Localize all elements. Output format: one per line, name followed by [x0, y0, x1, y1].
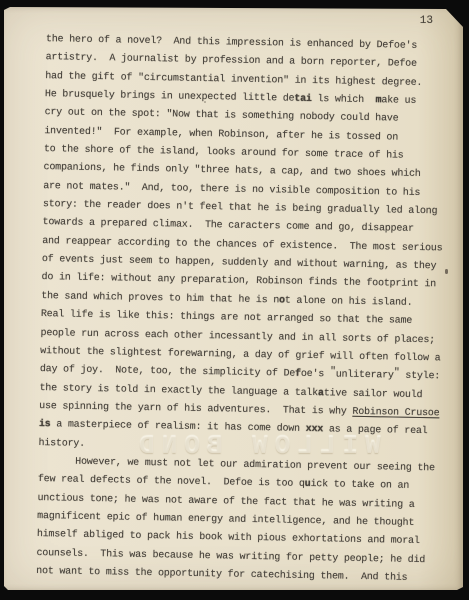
photograph-background: WILLOW BOND 13 the hero of a novel? And … [0, 0, 469, 600]
typewritten-text: the hero of a novel? And this impression… [36, 31, 469, 589]
text-segment: cry out on the spot: "Now that is someth… [44, 107, 398, 124]
text-segment: few real defects of the novel. Defoe is … [38, 474, 305, 490]
text-segment: people run across each other incessantly… [40, 328, 435, 346]
text-segment: " [394, 368, 400, 379]
text-segment: history. [38, 438, 85, 450]
text-segment: companions, he finds only "three hats, a… [43, 162, 420, 180]
text-segment: the hero of a novel? And this impression… [46, 34, 417, 52]
text-segment: He brusquely brings in unexpected little… [45, 89, 295, 105]
text-segment: the sand which proves to him that he is … [41, 291, 279, 306]
text-segment: do in life: without any preparation, Rob… [41, 273, 436, 291]
text-segment: " [330, 367, 336, 378]
text-segment: Robinson Crusoe [352, 407, 439, 420]
text-segment: had the gift of "circumstantial inventio… [45, 71, 422, 89]
page-number: 13 [420, 15, 433, 27]
text-segment: towards a prepared climax. The caracters… [42, 217, 413, 235]
text-segment: tai [294, 94, 312, 105]
text-segment: tive sailor would [324, 388, 423, 401]
text-segment: to the shore of the island, looks around… [44, 144, 404, 162]
ink-speck [445, 269, 448, 274]
text-segment: xxx [306, 424, 324, 435]
text-segment: is [39, 419, 51, 430]
text-segment: unliterary [336, 370, 394, 382]
text-segment: invented!" For example, when Robinson, a… [44, 126, 398, 143]
text-segment: counsels. This was because he was writin… [36, 548, 425, 566]
text-segment: use spinning the yarn of his adventures.… [39, 401, 352, 418]
text-segment: not want to miss the opportunity for cat… [36, 566, 407, 584]
text-segment: himself abliged to pack his book with pi… [37, 529, 420, 547]
text-segment: day of joy. Note, too, the simplicity of… [40, 364, 295, 380]
text-segment: a masterpiece of realism: it has come do… [50, 419, 305, 435]
text-segment: t alone on his island. [285, 295, 413, 308]
text-segment: as a page of real [323, 424, 428, 437]
manuscript-page: WILLOW BOND 13 the hero of a novel? And … [4, 7, 463, 590]
text-segment: are not mates." And, too, there is no vi… [43, 181, 420, 199]
text-segment: ick to take on an [310, 479, 409, 492]
text-segment: Real life is like this: things are not a… [41, 309, 412, 327]
text-segment: oe's [301, 369, 330, 381]
text-segment: artistry. A journalist by profession and… [45, 52, 416, 70]
ink-speck [204, 101, 206, 103]
text-segment: unctious tone; he was not aware of the f… [37, 493, 414, 511]
text-segment: the story is told in exactly the languag… [39, 383, 318, 399]
text-segment: However, we must not let our admiration … [75, 457, 435, 475]
text-segment: ls which [312, 94, 376, 106]
text-segment: magnificent epic of human energy and int… [37, 511, 414, 529]
text-segment: ake us [381, 95, 416, 107]
text-segment: style: [399, 371, 440, 383]
